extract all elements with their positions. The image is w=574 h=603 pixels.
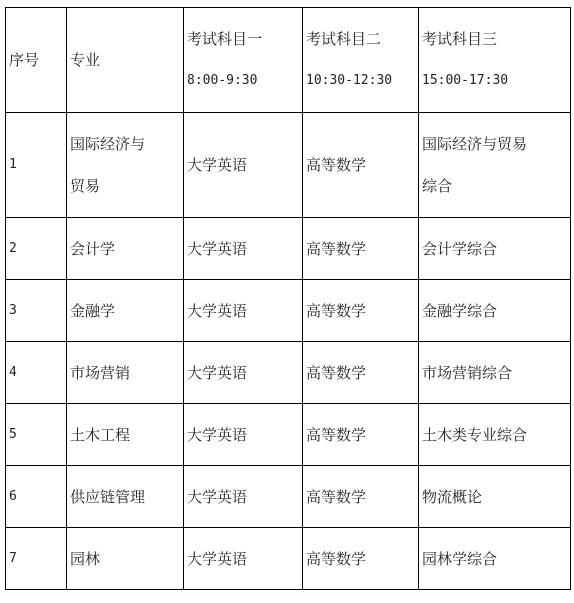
- cell-major: 园林: [67, 528, 184, 590]
- cell-major: 市场营销: [67, 342, 184, 404]
- cell-subject3: 金融学综合: [419, 280, 571, 342]
- cell-major-line2: 贸易: [70, 165, 183, 207]
- table-row: 7 园林 大学英语 高等数学 园林学综合: [6, 528, 571, 590]
- cell-no: 4: [6, 342, 67, 404]
- cell-major: 会计学: [67, 218, 184, 280]
- cell-subject3: 市场营销综合: [419, 342, 571, 404]
- header-row: 序号 专业 考试科目一8:00-9:30 考试科目二10:30-12:30 考试…: [6, 8, 571, 113]
- cell-subject2: 高等数学: [303, 113, 419, 218]
- cell-subject2: 高等数学: [303, 218, 419, 280]
- header-subject1: 考试科目一8:00-9:30: [184, 8, 303, 113]
- header-major-label: 专业: [70, 51, 100, 69]
- cell-subject1: 大学英语: [184, 113, 303, 218]
- header-subject3-time: 15:00-17:30: [422, 60, 570, 102]
- cell-subject1: 大学英语: [184, 280, 303, 342]
- cell-no: 5: [6, 404, 67, 466]
- cell-subject2: 高等数学: [303, 528, 419, 590]
- cell-no: 2: [6, 218, 67, 280]
- cell-subject3: 国际经济与贸易综合: [419, 113, 571, 218]
- cell-major: 土木工程: [67, 404, 184, 466]
- header-subject1-label: 考试科目一: [187, 18, 302, 60]
- cell-no: 3: [6, 280, 67, 342]
- cell-subject1: 大学英语: [184, 218, 303, 280]
- cell-major: 国际经济与贸易: [67, 113, 184, 218]
- table-row: 5 土木工程 大学英语 高等数学 土木类专业综合: [6, 404, 571, 466]
- cell-subject3: 物流概论: [419, 466, 571, 528]
- cell-subject2: 高等数学: [303, 342, 419, 404]
- table-row: 4 市场营销 大学英语 高等数学 市场营销综合: [6, 342, 571, 404]
- cell-subject3: 会计学综合: [419, 218, 571, 280]
- header-subject2-label: 考试科目二: [306, 18, 418, 60]
- header-no-label: 序号: [9, 51, 39, 69]
- table-row: 1 国际经济与贸易 大学英语 高等数学 国际经济与贸易综合: [6, 113, 571, 218]
- header-subject3: 考试科目三15:00-17:30: [419, 8, 571, 113]
- cell-subject3: 土木类专业综合: [419, 404, 571, 466]
- cell-subject2: 高等数学: [303, 466, 419, 528]
- cell-major: 金融学: [67, 280, 184, 342]
- cell-subject2: 高等数学: [303, 280, 419, 342]
- cell-subject3: 园林学综合: [419, 528, 571, 590]
- cell-subject3-line2: 综合: [422, 165, 570, 207]
- header-subject2: 考试科目二10:30-12:30: [303, 8, 419, 113]
- cell-major-line1: 国际经济与: [70, 123, 183, 165]
- table-row: 6 供应链管理 大学英语 高等数学 物流概论: [6, 466, 571, 528]
- header-no: 序号: [6, 8, 67, 113]
- header-subject1-time: 8:00-9:30: [187, 60, 302, 102]
- cell-subject1: 大学英语: [184, 528, 303, 590]
- cell-major: 供应链管理: [67, 466, 184, 528]
- header-subject2-time: 10:30-12:30: [306, 60, 418, 102]
- cell-subject2: 高等数学: [303, 404, 419, 466]
- cell-subject1: 大学英语: [184, 404, 303, 466]
- cell-no: 7: [6, 528, 67, 590]
- table-row: 2 会计学 大学英语 高等数学 会计学综合: [6, 218, 571, 280]
- cell-subject1: 大学英语: [184, 466, 303, 528]
- header-subject3-label: 考试科目三: [422, 18, 570, 60]
- cell-no: 6: [6, 466, 67, 528]
- exam-schedule-table: 序号 专业 考试科目一8:00-9:30 考试科目二10:30-12:30 考试…: [5, 7, 571, 590]
- cell-no: 1: [6, 113, 67, 218]
- cell-subject3-line1: 国际经济与贸易: [422, 123, 570, 165]
- cell-subject1: 大学英语: [184, 342, 303, 404]
- header-major: 专业: [67, 8, 184, 113]
- table-row: 3 金融学 大学英语 高等数学 金融学综合: [6, 280, 571, 342]
